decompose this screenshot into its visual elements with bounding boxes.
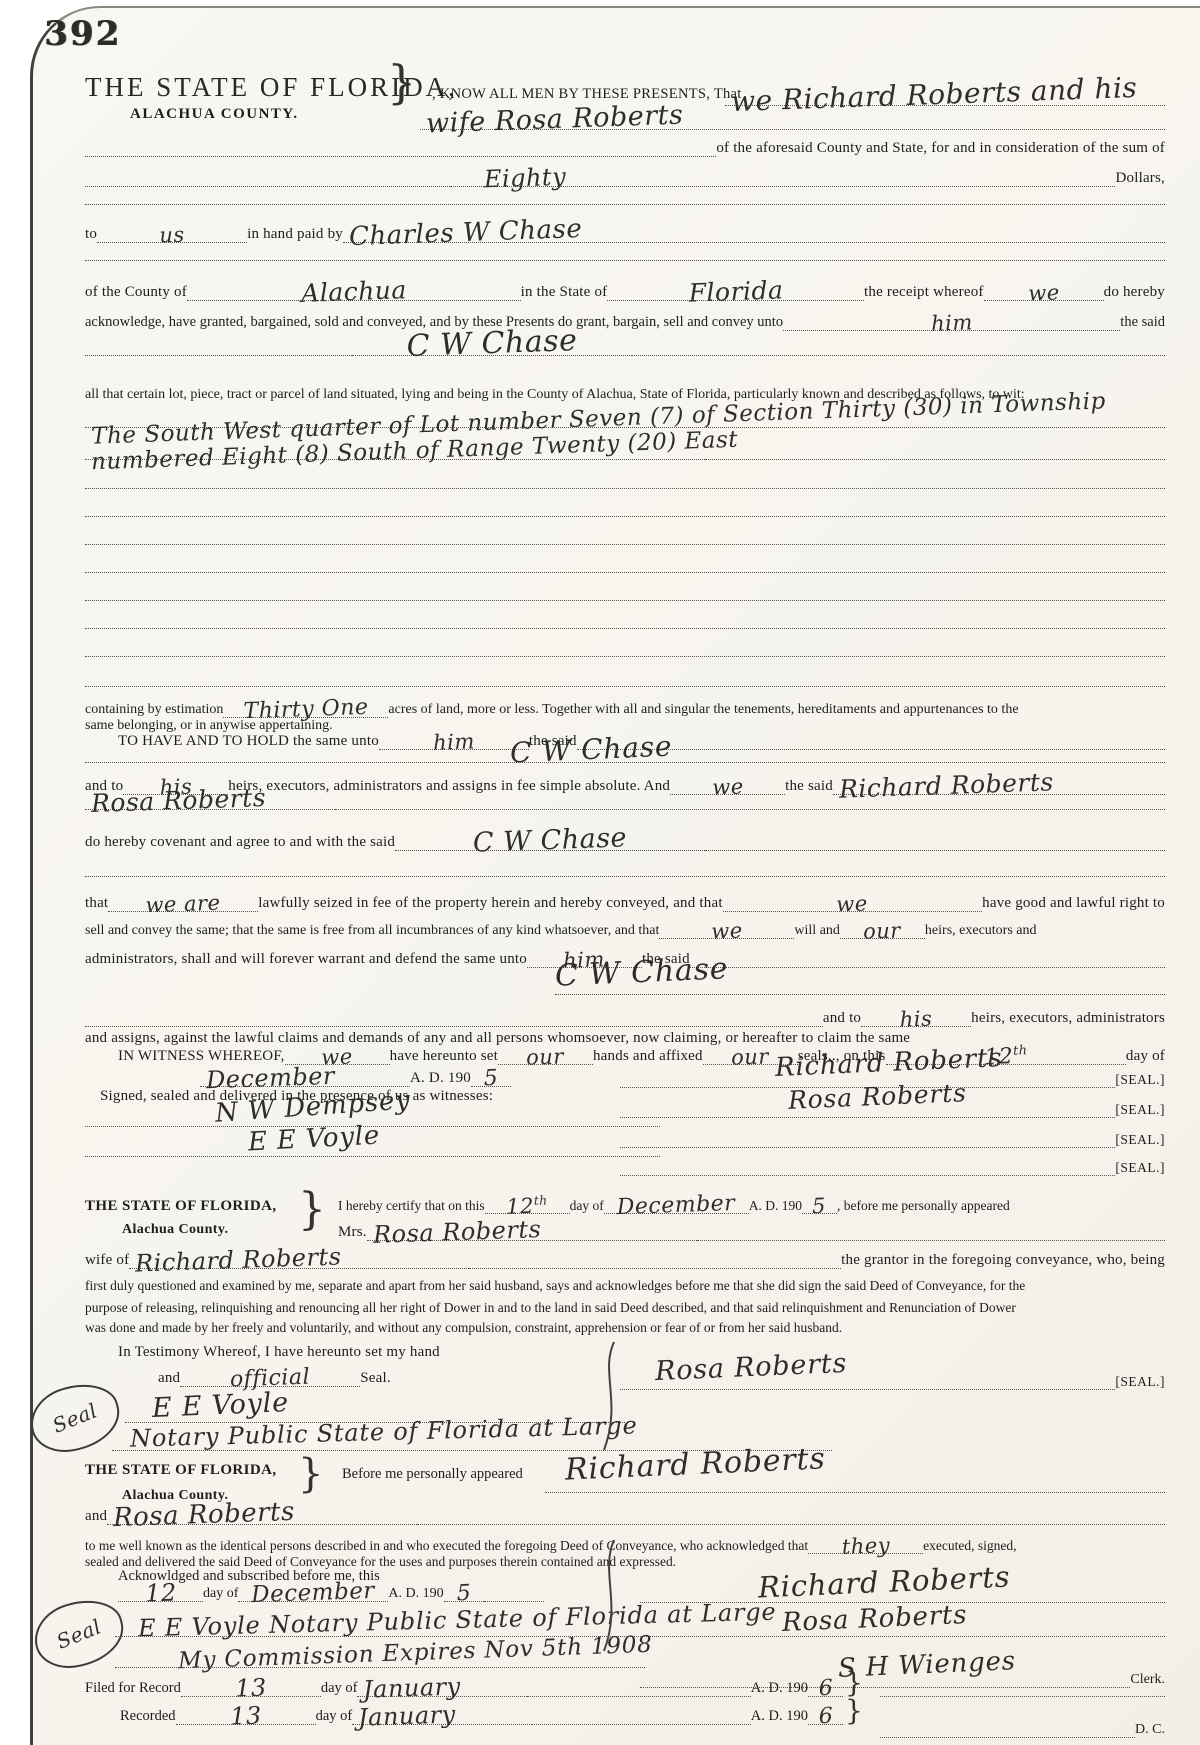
recorded-year-slot: 6: [808, 1719, 843, 1725]
dotted-fill: [85, 353, 352, 356]
we-slot-2: we: [670, 789, 785, 795]
our-slot-2: our: [498, 1059, 593, 1065]
handwritten-day-13: 13: [235, 1675, 267, 1700]
heirs-exec-label: heirs, executors and: [925, 923, 1037, 939]
dotted-fill: [85, 542, 1165, 545]
dotted-line: [85, 486, 1165, 489]
certify-text: I hereby certify that on this: [338, 1198, 485, 1214]
notary-signature-1: E E Voyle: [151, 1389, 289, 1422]
dotted-fill: [85, 202, 1165, 205]
handwritten-rosa: Rosa Roberts: [91, 785, 267, 816]
seized-line: that we are lawfully seized in fee of th…: [85, 895, 1165, 912]
handwritten-we-2: we: [712, 777, 744, 799]
ad-label-2: A. D. 190: [749, 1198, 802, 1214]
dotted-fill: [527, 1694, 750, 1697]
handwritten-him: him: [931, 312, 973, 334]
ad-label: A. D. 190: [410, 1070, 471, 1087]
dower-certify-line: I hereby certify that on this 12th day o…: [338, 1198, 1165, 1214]
handwritten-day-13-2: 13: [229, 1703, 261, 1728]
day-of-label-3: day of: [203, 1586, 238, 1602]
handwritten-december-3: December: [251, 1580, 375, 1607]
pen-flourish: [594, 1340, 624, 1452]
handwritten-us: us: [159, 225, 185, 247]
handwritten-january-2: January: [358, 1702, 456, 1729]
we-slot-3: we: [723, 906, 982, 912]
pen-flourish-2: [594, 1538, 624, 1653]
dotted-fill: [469, 1266, 841, 1269]
filed-brace: }: [845, 1670, 863, 1695]
and-rosa-line: and Rosa Roberts: [85, 1508, 1165, 1525]
day-of-label-2: day of: [570, 1198, 604, 1214]
description-slot-2: numbered Eight (8) South of Range Twenty…: [85, 454, 705, 460]
dotted-line: [115, 1665, 645, 1668]
dower-month-slot: December: [604, 1208, 749, 1214]
dotted-line: [85, 570, 1165, 573]
well-known-text: to me well known as the identical person…: [85, 1538, 808, 1554]
county-state-line: of the County of Alachua in the State of…: [85, 284, 1165, 301]
good-right-text: have good and lawful right to: [982, 895, 1165, 912]
handwritten-grantee-3: C W Chase: [473, 825, 628, 857]
handwritten-december-2: December: [617, 1192, 736, 1218]
handwritten-we-4: we: [711, 921, 743, 943]
dotted-line: [545, 1490, 1165, 1493]
hands-label: hands and affixed: [593, 1048, 703, 1065]
grantor-line-text: the grantor in the foregoing conveyance,…: [841, 1252, 1165, 1269]
ack2-date-line: 12 day of December A. D. 190 5: [118, 1586, 628, 1602]
witness2-line: [85, 1154, 660, 1157]
in-witness-label: IN WITNESS WHEREOF,: [118, 1048, 285, 1065]
day-suffix-2: th: [534, 1193, 548, 1207]
dotted-line: [85, 202, 1165, 205]
dower-county-heading: Alachua County.: [122, 1222, 228, 1238]
ad-label-4: A. D. 190: [751, 1680, 808, 1697]
handwritten-year-6: 6: [818, 1677, 833, 1699]
testimony-text: In Testimony Whereof, I have hereunto se…: [118, 1344, 440, 1361]
unto-slot: him: [783, 325, 1120, 331]
dotted-fill: [85, 514, 1165, 517]
acknowledge-line: acknowledge, have granted, bargained, so…: [85, 314, 1165, 331]
aforesaid-text: of the aforesaid County and State, for a…: [716, 140, 1165, 157]
day-suffix: th: [1013, 1043, 1028, 1058]
dotted-fill: [880, 1694, 1165, 1697]
handwritten-our-3: our: [731, 1047, 769, 1069]
dotted-fill: [705, 848, 1165, 851]
dotted-fill: [85, 486, 1165, 489]
ack2-year-slot: 5: [444, 1596, 484, 1602]
dotted-line: [85, 258, 1165, 261]
rosa-signature-3: Rosa Roberts: [782, 1602, 968, 1636]
dotted-fill: [85, 654, 1165, 657]
amount-line: Eighty Dollars,: [85, 170, 1165, 187]
dotted-line: [85, 684, 1165, 687]
mrs-name-slot: Rosa Roberts: [367, 1235, 697, 1241]
dotted-fill: [85, 760, 1165, 763]
husband-slot: Richard Roberts: [129, 1263, 469, 1269]
covenant-text: do hereby covenant and agree to and with…: [85, 834, 395, 851]
we-are-slot: we are: [108, 906, 258, 912]
executed-text: executed, signed,: [923, 1538, 1016, 1554]
dower-para-3: was done and made by her freely and volu…: [85, 1320, 1165, 1336]
rosa-slot: Rosa Roberts: [107, 1519, 417, 1525]
receipt-label: the receipt whereof: [864, 284, 984, 301]
receipt-slot: we: [984, 295, 1104, 301]
containing-label: containing by estimation: [85, 702, 223, 718]
dotted-fill: [85, 684, 1165, 687]
filed-year-slot: 6: [808, 1691, 843, 1697]
date-line: December A. D. 190 5: [200, 1070, 630, 1087]
dotted-fill: [620, 1387, 1115, 1390]
handwritten-grantee: C W Chase: [406, 326, 578, 362]
dotted-fill: [620, 1145, 1115, 1148]
dotted-line: [85, 760, 1165, 763]
seal-bracket-3: [SEAL.]: [1115, 1132, 1165, 1148]
ack2-state-heading: THE STATE OF FLORIDA,: [85, 1462, 276, 1479]
our-slot: our: [840, 933, 925, 939]
grantors-line-2: wife Rosa Roberts: [420, 124, 1165, 130]
seized-text: lawfully seized in fee of the property h…: [258, 895, 722, 912]
ack2-day-slot: 12: [118, 1596, 203, 1602]
grantor1-slot: Richard Roberts: [833, 789, 1165, 795]
dower-para3-text: was done and made by her freely and volu…: [85, 1320, 842, 1336]
grantors-line-1: we Richard Roberts and his: [725, 100, 1165, 106]
dotted-fill: [335, 807, 1165, 810]
dc-line: D. C.: [880, 1722, 1165, 1738]
seal-bracket-4: [SEAL.]: [1115, 1160, 1165, 1176]
dotted-line: [85, 542, 1165, 545]
recorded-day-slot: 13: [176, 1719, 316, 1725]
well-known-line: to me well known as the identical person…: [85, 1538, 1165, 1554]
grantor2-line: Rosa Roberts: [85, 804, 1165, 810]
to-label: to: [85, 226, 97, 243]
dotted-line: [85, 514, 1165, 517]
covenant-grantee-slot: C W Chase: [395, 845, 705, 851]
handwritten-rosa-2: Rosa Roberts: [113, 1499, 296, 1531]
sell-text: sell and convey the same; that the same …: [85, 923, 659, 939]
we-slot-4: we: [659, 933, 794, 939]
handwritten-amount: Eighty: [484, 165, 567, 192]
in-state-label: in the State of: [521, 284, 608, 301]
handwritten-him-2: him: [433, 732, 475, 754]
day-of-label-4: day of: [321, 1680, 358, 1697]
handwritten-richard: Richard Roberts: [839, 770, 1054, 802]
dotted-fill: [85, 184, 450, 187]
dotted-fill: [880, 1735, 1135, 1738]
before-me-text: , before me personally appeared: [837, 1198, 1010, 1214]
dc-label: D. C.: [1135, 1722, 1165, 1738]
the-said-label-3: the said: [785, 778, 833, 795]
dotted-fill: [640, 1634, 1165, 1637]
acres-rest-text: acres of land, more or less. Together wi…: [388, 702, 1018, 718]
admin-text: administrators, shall and will forever w…: [85, 951, 527, 968]
set-label: have hereunto set: [390, 1048, 498, 1065]
year-slot: 5: [471, 1081, 511, 1087]
dotted-line: [85, 626, 1165, 629]
dotted-fill: [85, 1154, 660, 1157]
dotted-fill: [115, 1665, 645, 1668]
payer-slot: Charles W Chase: [343, 237, 1165, 243]
belonging-text: same belonging, or in anywise appertaini…: [85, 718, 333, 734]
witness2-signature: E E Voyle: [247, 1123, 380, 1156]
dotted-fill: [85, 258, 1165, 261]
grantee-slot: C W Chase: [352, 350, 632, 356]
dotted-fill: [85, 626, 1165, 629]
ack2-brace: }: [298, 1456, 323, 1492]
dower-para1-text: first duly questioned and examined by me…: [85, 1278, 1025, 1294]
recorded-label: Recorded: [120, 1708, 176, 1725]
day-of-label: day of: [1126, 1048, 1165, 1065]
recorded-line: Recorded 13 day of January A. D. 190 6: [120, 1708, 843, 1725]
dower-day-slot: 12th: [485, 1208, 570, 1214]
handwritten-year-5-2: 5: [812, 1195, 827, 1216]
and-to-label-2: and to: [823, 1010, 861, 1027]
dotted-fill: [555, 992, 1165, 995]
description-slot-1: The South West quarter of Lot number Sev…: [85, 422, 1165, 428]
county-slot: Alachua: [187, 295, 521, 301]
seal-word-label: Seal.: [360, 1370, 391, 1387]
handwritten-his-2: his: [900, 1009, 933, 1031]
will-and-label: will and: [794, 923, 840, 939]
dotted-fill: [690, 965, 1165, 968]
mrs-line: Mrs. Rosa Roberts: [338, 1224, 1165, 1241]
dower-brace: }: [298, 1190, 326, 1230]
in-hand-label: in hand paid by: [247, 226, 343, 243]
dollars-label: Dollars,: [1115, 170, 1165, 187]
do-hereby-label: do hereby: [1104, 284, 1165, 301]
wife-of-line: wife of Richard Roberts the grantor in t…: [85, 1252, 1165, 1269]
dotted-fill: [545, 1490, 1165, 1493]
dotted-line: [85, 598, 1165, 601]
ad-label-5: A. D. 190: [751, 1708, 808, 1725]
filed-line: Filed for Record 13 day of January A. D.…: [85, 1680, 843, 1697]
state-slot: Florida: [607, 295, 864, 301]
handwritten-mrs-rosa: Rosa Roberts: [372, 1217, 541, 1247]
header-brace: }: [387, 62, 416, 103]
before-appeared-text: Before me personally appeared: [342, 1466, 523, 1483]
filed-label: Filed for Record: [85, 1680, 181, 1697]
handwritten-state: Florida: [688, 278, 784, 306]
that-label: that: [85, 895, 108, 912]
ack2-month-slot: December: [238, 1596, 388, 1602]
handwritten-year-6-2: 6: [818, 1705, 833, 1727]
handwritten-we: we: [1028, 283, 1060, 305]
county-of-label: of the County of: [85, 284, 187, 301]
handwritten-our: our: [863, 920, 901, 942]
dower-para-2: purpose of releasing, relinquishing and …: [85, 1300, 1165, 1316]
unto-slot-2: him: [379, 744, 529, 750]
wife-of-label: wife of: [85, 1252, 129, 1269]
dotted-fill: [632, 353, 1165, 356]
seal-word-handwriting-2: Seal: [54, 1616, 104, 1652]
sell-line: sell and convey the same; that the same …: [85, 923, 1165, 939]
payee-slot: us: [97, 237, 247, 243]
and-word: and: [158, 1370, 180, 1387]
grantors-slot: we Richard Roberts and his: [725, 100, 1165, 106]
to-have-label: TO HAVE AND TO HOLD the same unto: [118, 733, 379, 750]
paid-by-line: to us in hand paid by Charles W Chase: [85, 226, 1165, 243]
covenant-line: do hereby covenant and agree to and with…: [85, 834, 1165, 851]
handwritten-january: January: [363, 1674, 461, 1701]
handwritten-year-5-3: 5: [456, 1583, 471, 1605]
dotted-fill: [85, 598, 1165, 601]
dower-para2-text: purpose of releasing, relinquishing and …: [85, 1300, 1016, 1316]
seal-word-handwriting-1: Seal: [50, 1400, 100, 1436]
his-slot-2: his: [861, 1021, 971, 1027]
heirs-admin-label: heirs, executors, administrators: [971, 1010, 1165, 1027]
seal-line-5: [SEAL.]: [620, 1374, 1165, 1390]
recorded-month-slot: January: [352, 1719, 532, 1725]
containing-line: containing by estimation Thirty One acre…: [85, 702, 1165, 718]
day-of-label-5: day of: [316, 1708, 353, 1725]
dotted-fill: [85, 570, 1165, 573]
amount-slot: Eighty: [450, 181, 600, 187]
filed-month-slot: January: [357, 1691, 527, 1697]
grantee-signature-line: C W Chase: [85, 350, 1165, 356]
grantee-signature-4: C W Chase: [554, 954, 729, 992]
dotted-fill: [85, 1024, 823, 1027]
grantor2-slot: Rosa Roberts: [85, 804, 335, 810]
heirs-admin-line: and to his heirs, executors, administrat…: [85, 1010, 1165, 1027]
description-line-2: numbered Eight (8) South of Range Twenty…: [85, 454, 1165, 460]
they-slot: they: [808, 1548, 923, 1554]
heirs-fee-text: heirs, executors, administrators and ass…: [228, 778, 670, 795]
witness-line: IN WITNESS WHEREOF, we have hereunto set…: [118, 1048, 1165, 1065]
dotted-fill: [705, 457, 1165, 460]
aforesaid-line: of the aforesaid County and State, for a…: [85, 140, 1165, 157]
handwritten-richard-2: Richard Roberts: [135, 1245, 342, 1276]
dotted-line: [85, 874, 1165, 877]
dower-state-heading: THE STATE OF FLORIDA,: [85, 1198, 276, 1215]
handwritten-county: Alachua: [301, 277, 407, 306]
mrs-label: Mrs.: [338, 1224, 367, 1241]
seal-bracket-1: [SEAL.]: [1115, 1072, 1165, 1088]
county-heading: ALACHUA COUNTY.: [130, 106, 299, 123]
handwritten-we-3: we: [836, 894, 868, 916]
dotted-line: [880, 1694, 1165, 1697]
handwritten-day-12-2: 12th: [506, 1194, 548, 1217]
assigns-text: and assigns, against the lawful claims a…: [85, 1030, 910, 1047]
ad-label-3: A. D. 190: [388, 1586, 443, 1602]
official-seal-line: and official Seal.: [158, 1370, 498, 1387]
dotted-fill: [417, 1522, 1165, 1525]
handwritten-day-12-3: 12: [144, 1581, 176, 1606]
dotted-fill: [484, 1599, 544, 1602]
dotted-fill: [620, 1173, 1115, 1176]
handwritten-our-2: our: [526, 1047, 564, 1069]
dower-year-slot: 5: [802, 1208, 837, 1214]
dotted-fill: [620, 1115, 1115, 1118]
page-number: 392: [44, 14, 121, 54]
filed-day-slot: 13: [181, 1691, 321, 1697]
know-all-men-line: , KNOW ALL MEN BY THESE PRESENTS, That: [432, 86, 742, 103]
seal-bracket-2: [SEAL.]: [1115, 1102, 1165, 1118]
dotted-line: [555, 992, 1165, 995]
seal-bracket-5: [SEAL.]: [1115, 1374, 1165, 1390]
clerk-label: Clerk.: [1130, 1672, 1165, 1688]
rosa-signature-1: Rosa Roberts: [788, 1080, 968, 1113]
seal-line-3: [SEAL.]: [620, 1132, 1165, 1148]
dotted-fill: [697, 1238, 1165, 1241]
and-word-2: and: [85, 1508, 107, 1525]
dotted-fill: [600, 184, 1115, 187]
description-line-1: The South West quarter of Lot number Sev…: [85, 422, 1165, 428]
dower-para-1: first duly questioned and examined by me…: [85, 1278, 1165, 1294]
recorded-brace: }: [845, 1698, 863, 1723]
dotted-fill: [85, 154, 716, 157]
dotted-line: [640, 1634, 1165, 1637]
official-slot: official: [180, 1381, 360, 1387]
dotted-line: [85, 654, 1165, 657]
seal-line-4: [SEAL.]: [620, 1160, 1165, 1176]
dotted-fill: [532, 1722, 751, 1725]
deed-book-page: { "page_number": "392", "colors": { "pap…: [0, 0, 1200, 1745]
handwritten-we-are: we are: [145, 893, 221, 917]
dotted-fill: [85, 874, 1165, 877]
the-said-label: the said: [1120, 314, 1165, 331]
grantors-slot-2: wife Rosa Roberts: [420, 124, 1165, 130]
